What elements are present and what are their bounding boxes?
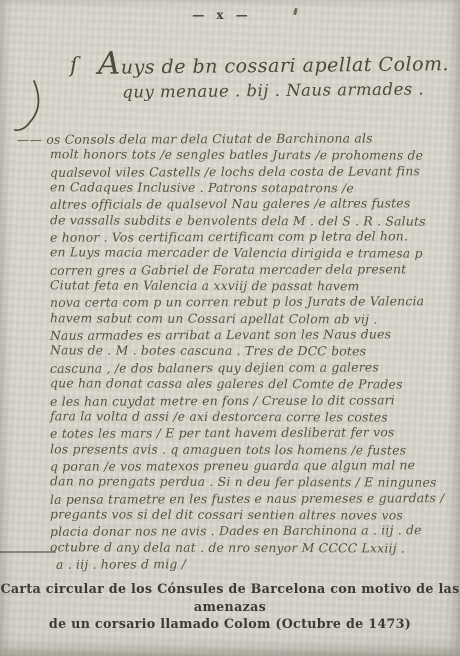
manuscript-body: —— os Consols dela mar dela Ciutat de Ba… (50, 131, 446, 572)
manuscript-line: pregants vos si del dit cossari sentien … (50, 506, 446, 524)
manuscript-title: ſ Auys de bn cossari apellat Colom. quy … (98, 42, 450, 102)
manuscript-line: molt honors tots /e sengles batles Jurat… (50, 147, 446, 165)
manuscript-line: corren gres a Gabriel de Forata mercader… (50, 261, 446, 279)
manuscript-line: la pensa trametre en les fustes e naus p… (50, 490, 446, 508)
manuscript-line: —— os Consols dela mar dela Ciutat de Ba… (50, 130, 446, 148)
book-page: — x — ſ Auys de bn cossari apellat Colom… (0, 0, 460, 656)
manuscript-line: havem sabut com un Cossari apellat Colom… (50, 310, 446, 328)
manuscript-line: cascuna , /e dos balaners quy dejien com… (50, 359, 446, 377)
scan-artifact-line (0, 551, 56, 553)
manuscript-line: en Luys macia mercader de Valencia dirig… (50, 245, 446, 263)
paragraph-mark: ſ (70, 53, 78, 77)
manuscript-line: nova certa com p un corren rebut p los J… (50, 294, 446, 312)
pen-flourish-icon (13, 79, 53, 135)
page-number: — x — (0, 8, 444, 22)
manuscript-line: fara la volta d assi /e axi destorcera c… (50, 408, 446, 426)
title-line-2: quy menaue . bij . Naus armades . (122, 79, 449, 101)
manuscript-line: Naus de . M . botes cascuna . Tres de DC… (50, 343, 446, 361)
caption: Carta circular de los Cónsules de Barcel… (0, 580, 460, 633)
caption-line-2: de un corsario llamado Colom (Octubre de… (0, 615, 460, 633)
manuscript-line: qualsevol viles Castells /e lochs dela c… (50, 163, 446, 181)
title-line-1: ſ Auys de bn cossari apellat Colom. (98, 42, 449, 82)
manuscript-line: placia donar nos ne avis . Dades en Barc… (50, 522, 446, 540)
manuscript-line: dan no prengats perdua . Si n deu fer pl… (50, 474, 446, 492)
manuscript-line: e les han cuydat metre en fons / Creuse … (50, 392, 446, 410)
manuscript-line: q poran /e vos matexos preneu guarda que… (50, 457, 446, 475)
manuscript-line: que han donat cassa ales galeres del Com… (50, 375, 446, 393)
manuscript-line: octubre d any dela nat . de nro senyor M… (50, 539, 446, 557)
manuscript-line: a . iij . hores d mig / (56, 555, 446, 573)
manuscript-line: e totes les mars / E per tant havem desl… (50, 424, 446, 442)
caption-line-1: Carta circular de los Cónsules de Barcel… (0, 580, 460, 615)
title-text: Auys de bn cossari apellat Colom. (98, 42, 449, 82)
manuscript-line: los presents avis . q amaguen tots los h… (50, 441, 446, 459)
manuscript-line: de vassalls subdits e benvolents dela M … (50, 212, 446, 230)
manuscript-line: altres officials de qualsevol Nau galere… (50, 196, 446, 214)
